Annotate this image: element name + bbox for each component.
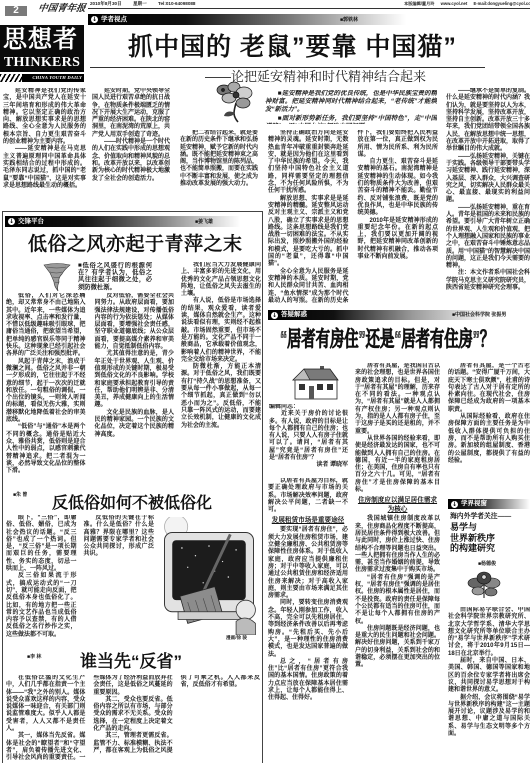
article-body-column: ——继承不是简单的复制。什么是延安精神的时代内涵？我们认为，就是要坚持以人为本，… xyxy=(446,88,530,308)
editor-info: 本版编辑/董月玲 www.cyol.net E-mail:dongyueling… xyxy=(404,1,530,7)
paragraph: 从世界各国的经验来看，即使是经济最发达的国家，也不可能做到人人拥有自己的住房。在… xyxy=(355,436,440,494)
date-line: 2010年8月30日 星期一 Tel:010-64098088 xyxy=(90,1,206,7)
paragraph: 尤其值得注意的是，青少年正处于世界观、人生观、价值观形成的关键时期，极易受到低俗… xyxy=(95,351,175,409)
masthead-stripe: CHINA YOUTH DAILY xyxy=(0,74,84,82)
paragraph: “居者有住房”强调的是产权，“居者有房住”强调的是居住权。住房的根本属性是居住，… xyxy=(355,575,440,626)
headline: 谁当先“反省” xyxy=(80,651,182,672)
byline: ■郭铁林 xyxy=(340,17,358,23)
paragraph: 防微杜渐，方能正本清源。对于低俗之风，我们既要有打“持久战”的思想准备，又要从每… xyxy=(181,364,261,430)
paragraph: 从国际经验看，政府在住房保障方面的主要任务是为中低收入群体提供可负担的住房，而不… xyxy=(448,414,530,465)
paragraph: 风起于青萍之末，浪成于微澜之间。低俗之风并非一朝一夕形成的，它往往起于不经意的细… xyxy=(6,359,86,425)
paragraph: 反对低俗，需要全社会共同努力。从政府层面看，要加强法律法规建设，对传播低俗内容的… xyxy=(95,293,175,351)
byline: ■姜飞雄 xyxy=(195,219,213,225)
tornado-illustration xyxy=(42,262,72,292)
header-rule xyxy=(88,8,530,9)
paragraph: 反三俗如果流于形式，搞成运动式的“一刀切”，就可能走向反面，把反低俗本身也低俗化… xyxy=(6,573,77,639)
slash-decoration-icon xyxy=(0,74,22,82)
section-title: 思想者 xyxy=(3,26,78,54)
article-body-column: 我们应当大力发展健康向上、丰富多彩的先进文化，用优秀的文化产品占领思想文化阵地，… xyxy=(181,262,261,490)
paragraph: 延安时期，党中央领导全国人民进行艰苦卓绝的抗日战争，在物质条件极端匮乏的情况下开… xyxy=(92,88,170,139)
letter-text: 近来关于房价的讨论很多。有人说，政府的目标是让每个人都拥有自己的住房；也有人说，… xyxy=(269,411,348,462)
paragraph: 居者有其屋，是一个古老的话题。“安得广厦千万间，大庇天下寒士俱欢颜”，杜甫的诗句… xyxy=(448,363,530,414)
section-title-en: THINKERS xyxy=(0,55,84,71)
paragraph: ■延安精神是我们党的优良传统，也是中华民族宝贵的精神财富。把延安精神同时代精神结… xyxy=(265,90,437,115)
paragraph: 我国城镇住房制度改革以来，住房商品化程度不断提高，居民居住条件得到极大改善。但与… xyxy=(355,516,440,574)
paragraph: “低俗”与“通俗”本是两个不同的概念。通俗是贴近大众、雅俗共赏，低俗则是迎合人性… xyxy=(6,424,86,475)
editor: 本版编辑/董月玲 xyxy=(404,1,434,6)
byline: ■李 林 xyxy=(27,654,41,660)
headline: 抓中国的 老鼠”要靠 中国猫” xyxy=(128,32,457,62)
paragraph: 在低俗泛滥的文化生产中，人们几乎都在指责一个主体——“我”之外的别人。媒体说受众… xyxy=(6,675,85,733)
section-label: 答疑解惑 xyxy=(281,310,307,320)
flower-illustration xyxy=(214,81,254,123)
paragraph: 要实现“居者有房住”，必须大力发展住房租赁市场，建立健全廉租房、公共租赁房等保障… xyxy=(268,527,348,600)
article-body-column: 延安时期，党中央领导全国人民进行艰苦卓绝的抗日战争，在物质条件极端匮乏的情况下开… xyxy=(92,88,170,198)
academic-headline: 海内外学者关注—— 易学与 世界新秩序 的构建研究 xyxy=(450,512,511,554)
section-bullet-icon: ↓ xyxy=(271,312,278,319)
headline: “居者有房住”还是“居者有住房”？ xyxy=(280,327,494,353)
section-masthead: 思想者 THINKERS xyxy=(0,25,84,72)
email-link[interactable]: E-mail:dongyueling@cyol.com xyxy=(473,1,530,6)
paragraph: 有人说，低俗是市场选择的结果，观众爱看，读者爱读，媒体自然就会生产。这种说法看似… xyxy=(181,298,261,364)
paragraph: 自力更生、艰苦奋斗是延安精神的基石。南泥湾精神是延安精神的生动体现。如今我们的物… xyxy=(358,159,439,217)
cartoon-caption: 漫画/徐 骏 xyxy=(226,635,247,641)
section-bullet-icon: ↓ xyxy=(8,218,15,225)
paragraph: ——延安精神是在马克思主义普遍原理同中国革命具体实践相结合的过程中形成的。毛泽东… xyxy=(3,146,86,190)
paragraph: 文化是民族的血脉，是人民的精神家园。一个民族的文化品位，决定着这个民族的精神高度… xyxy=(95,410,175,439)
paragraph: 低俗，人们对它深恶痛绝，却又常常身不由己地陷入其中。近年来，一些媒体为追求收视率… xyxy=(6,293,86,359)
page-number: 2 xyxy=(5,6,27,16)
paragraph: 住房问题既是经济问题，也是重大的民生问题和社会问题。解决好住房问题，关系到千家万… xyxy=(355,626,440,670)
paragraph: 2010年是延安精神形成的重要纪念年份。在新的起点上，我们要以更加开阔的视野，把… xyxy=(358,218,439,262)
paragraph: 居者有其屋，是我国自古以来的社会理想，也是世界各国住房政策追求的目标。但是，对于… xyxy=(355,363,440,436)
issue-weekday: 星期一 xyxy=(133,1,147,6)
headline: 反低俗如何不被低俗化 xyxy=(52,494,212,514)
article-body-column: 居者有其屋，是一个古老的话题。“安得广厦千万间，大庇天下寒士俱欢颜”，杜甫的诗句… xyxy=(448,363,530,491)
pull-quote: ■延安精神是我们党的优良传统，也是中华民族宝贵的精神财富。把延安精神同时代精神结… xyxy=(265,90,437,124)
tagline: CHINA YOUTH DAILY xyxy=(22,74,84,82)
newspaper-page: 2 中国青年报 思想者 THINKERS CHINA YOUTH DAILY 2… xyxy=(0,0,530,763)
paragraph: 延安精神是我们党的传家宝，是中国共产党人在延安十三年间培育和形成的伟大革命精神。… xyxy=(3,88,86,146)
subheading: 发展租赁市场是重要途径 xyxy=(268,516,348,525)
headline-line: 海内外学者关注—— xyxy=(450,512,511,522)
article-body-column: 以居者有其屋为目标，就要正确处理政府与市场的关系。市场解决效率问题，政府解决公平… xyxy=(268,478,348,763)
article-body-columns: 在低俗泛滥的文化生产中，人们几乎都在指责一个主体——“我”之外的别人。媒体说受众… xyxy=(6,675,260,763)
paragraph: 据介绍，会议将围绕“易学与世界新秩序的构建”这一主题展开讨论，议题涉及易学的和谐… xyxy=(448,695,530,739)
byline: ■朱 曾 xyxy=(13,492,27,498)
paragraph: 解放思想、实事求是是延安精神的精髓。延安整风运动反对主观主义、宗派主义和党八股，… xyxy=(268,196,349,269)
paragraph: 我们应当大力发展健康向上、丰富多彩的先进文化，用优秀的文化产品占领思想文化阵地，… xyxy=(181,262,261,298)
section-bullet-icon: ↓ xyxy=(91,16,98,23)
paragraph: ——弘扬延安精神，关键在于实践。各级领导干部要带头学习延安精神、践行延安精神，深… xyxy=(446,154,530,205)
house-illustration xyxy=(290,366,340,400)
section-label: 学界视窗 xyxy=(461,499,487,509)
section-bar-scholar-view: ↓ 学者视点 xyxy=(88,14,530,25)
article-body-columns: 低俗，人们对它深恶痛绝，却又常常身不由己地陷入其中。近年来，一些媒体为追求收视率… xyxy=(6,293,174,490)
headline: 低俗之风亦起于青萍之末 xyxy=(28,233,243,257)
article-body-column: 居者有其屋，是我国自古以来的社会理想，也是世界各国住房政策追求的目标。但是，对于… xyxy=(355,363,440,763)
tel: Tel:010-64098088 xyxy=(158,1,195,6)
letter-signature: 读者 谭晓军 xyxy=(269,462,348,469)
paragraph: ——时代精神是一个时代的人们在实践中形成的思想观念、价值取向和精神风貌的总和。改… xyxy=(92,139,170,183)
paragraph: 把二者结合起来，就是要在新的历史条件下继承和弘扬延安精神，赋予它新的时代内涵。既… xyxy=(180,130,258,188)
paragraph: 反低俗的关键在于标准。什么是低俗？什么是高雅？界限在哪里？这些问题需要专家学者和… xyxy=(84,515,155,559)
section-bar-debate: ↓ 交锋平台 xyxy=(5,216,261,227)
paragraph: ——继承不是简单的复制。什么是延安精神的时代内涵？我们认为，就是要坚持以人为本，… xyxy=(446,88,530,154)
article-lead: ■低俗之风盛行的根源何在？有学者认为，低俗之风往往起于细微之处，必须防微杜渐。 xyxy=(78,262,152,291)
paragraph: 总之，“居者有房住”比“居者有住房”更符合我国的基本国情。住房政策的着力点应当放… xyxy=(268,659,348,703)
article-body-column: 由国际易学联合会、中国社会科学院世界宗教研究所、北京大学哲学系、清华大学思想文化… xyxy=(448,607,530,763)
paragraph: 以居者有其屋为目标，就要正确处理政府与市场的关系。市场解决效率问题，政府解决公平… xyxy=(268,478,348,514)
tv-broom-cartoon xyxy=(158,517,260,635)
paragraph: ■面对新形势新任务，我们要坚持“中国特色”，走“中国道路”，用“中国办法”解决中… xyxy=(265,115,437,124)
issue-date: 2010年8月30日 xyxy=(90,1,122,6)
website-link[interactable]: www.cyol.net xyxy=(441,1,468,6)
paragraph: 注：本文作者系中国社会科学院马克思主义研究院研究员，陕西省延安精神研究会理事。 xyxy=(446,270,530,292)
paragraph: 眼下，“三俗”，即庸俗、低俗、媚俗，已成为社会热议的话题。“反三俗”也成了一个热… xyxy=(6,515,77,573)
headline-rule xyxy=(90,67,485,68)
headline-line: 易学与 xyxy=(450,522,511,533)
paragraph: 同时，要转变住房消费观念。年轻人刚参加工作，收入不高，完全可以先租房居住，等到经… xyxy=(268,600,348,658)
paragraph: 坚持正确政治方向是延安精神的灵魂。延安时期，无数热血青年冲破重重封锁奔赴延安，就… xyxy=(268,130,349,196)
headline-line: 的构建研究 xyxy=(450,543,511,554)
plant-illustration xyxy=(467,571,501,599)
article-body-columns: 坚持正确政治方向是延安精神的灵魂。延安时期，无数热血青年冲破重重封锁奔赴延安，就… xyxy=(268,130,438,308)
article-body-column: 把二者结合起来，就是要在新的历史条件下继承和弘扬延安精神，赋予它新的时代内涵。既… xyxy=(180,130,258,198)
section-bar-academic: ↓ 学界视窗 xyxy=(448,499,530,509)
paragraph: 其二，受众也要反省。低俗内容之所以有市场，与部分受众的需求不无关系。受众的选择，… xyxy=(93,697,172,733)
section-label: 学者视点 xyxy=(101,14,127,25)
headline-line: 世界新秩序 xyxy=(450,533,511,544)
section-label: 交锋平台 xyxy=(18,216,44,227)
paper-logo: 中国青年报 xyxy=(37,2,86,16)
article-body-columns: 眼下，“三俗”，即庸俗、低俗、媚俗，已成为社会热议的话题。“反三俗”也成了一个热… xyxy=(6,515,154,647)
paragraph: 届时，来自中国、日本、美国、韩国、德国等国家和地区的百余位专家学者将出席会议，共… xyxy=(448,658,530,694)
byline: ■中国社会科学院 张振男 xyxy=(452,312,506,318)
section-bullet-icon: ↓ xyxy=(451,501,458,508)
article-body-column: 延安精神是我们党的传家宝，是中国共产党人在延安十三年间培育和形成的伟大革命精神。… xyxy=(3,88,86,198)
paragraph: ——弘扬延安精神，重在育人。青年是祖国的未来和民族的希望。要引导广大青年树立正确… xyxy=(446,205,530,271)
subheading: 住房制度应以满足居住需求为核心 xyxy=(355,496,440,514)
paragraph: 由国际易学联合会、中国社会科学院世界宗教研究所、北京大学哲学系、清华大学思想文化… xyxy=(448,607,530,658)
byline: ■杨德俊 xyxy=(478,561,496,567)
reader-letter: 编辑同志： 近来关于房价的讨论很多。有人说，政府的目标是让每个人都拥有自己的住房… xyxy=(269,404,348,474)
